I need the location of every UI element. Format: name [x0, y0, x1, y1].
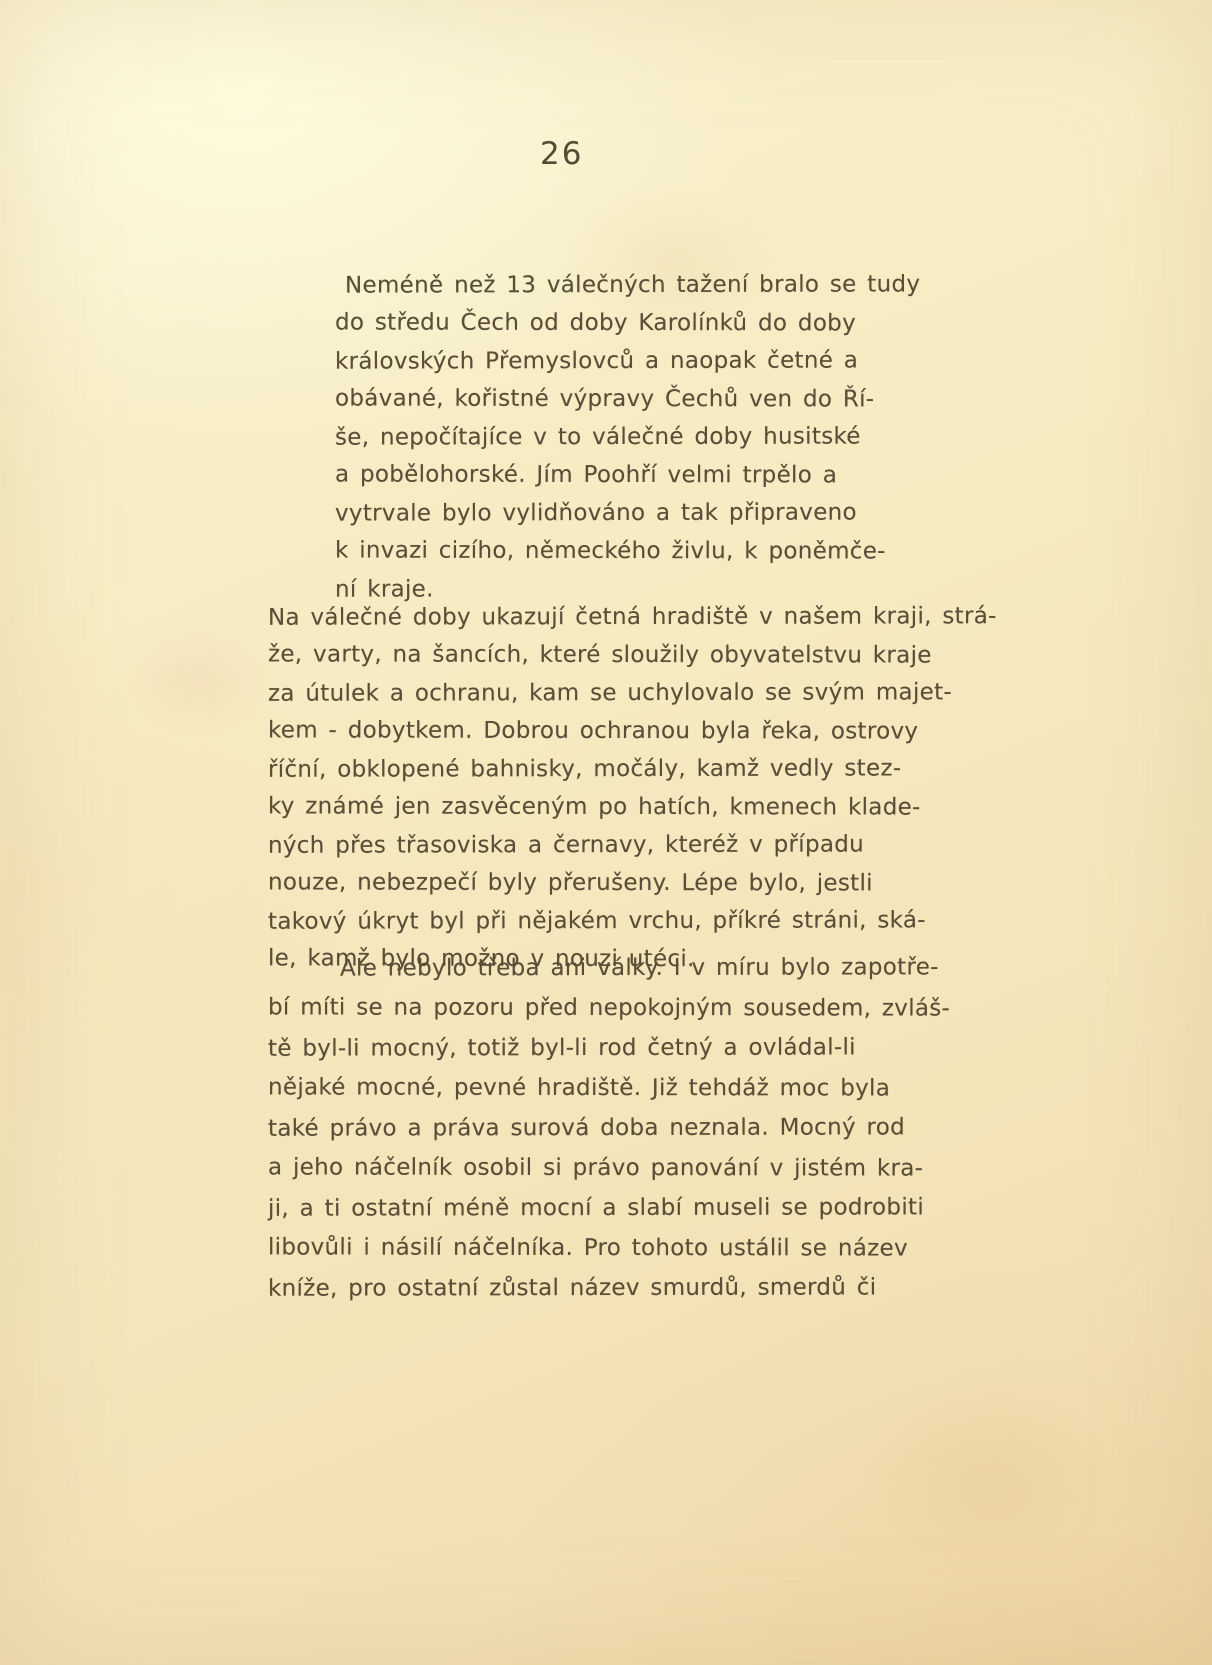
- text-line: kníže, pro ostatní zůstal název smurdů, …: [268, 1267, 950, 1308]
- text-line: obávané, kořistné výpravy Čechů ven do Ř…: [335, 379, 920, 418]
- text-line: vytrvale bylo vylidňováno a tak připrave…: [335, 493, 920, 532]
- text-line: ky známé jen zasvěceným po hatích, kmene…: [268, 787, 997, 826]
- paragraph-power-and-chieftains: Ale nebylo třeba ani války. I v míru byl…: [268, 948, 950, 1308]
- text-line: ji, a ti ostatní méně mocní a slabí muse…: [268, 1187, 950, 1228]
- text-line: že, varty, na šancích, které sloužily ob…: [268, 635, 997, 674]
- text-line: libovůli i násilí náčelníka. Pro tohoto …: [268, 1227, 950, 1268]
- page-number: 26: [540, 136, 583, 172]
- paper-stain: [120, 620, 280, 740]
- paragraph-military-campaigns: Neméně než 13 válečných tažení bralo se …: [335, 266, 920, 608]
- text-line: bí míti se na pozoru před nepokojným sou…: [268, 987, 950, 1028]
- manuscript-page: 26 Neméně než 13 válečných tažení bralo …: [0, 0, 1212, 1665]
- text-line: ných přes třasoviska a černavy, kteréž v…: [268, 825, 997, 865]
- text-line: a pobělohorské. Jím Poohří velmi trpělo …: [335, 455, 920, 494]
- text-line: še, nepočítajíce v to válečné doby husit…: [335, 417, 920, 456]
- text-line: kem - dobytkem. Dobrou ochranou byla řek…: [268, 711, 997, 750]
- text-line: za útulek a ochranu, kam se uchylovalo s…: [268, 673, 997, 713]
- text-line: nouze, nebezpečí byly přerušeny. Lépe by…: [268, 863, 997, 902]
- paper-stain: [860, 1380, 1120, 1580]
- text-line: říční, obklopené bahnisky, močály, kamž …: [268, 749, 997, 789]
- text-line: Na válečné doby ukazují četná hradiště v…: [268, 597, 997, 637]
- paragraph-hillforts-refuge: Na válečné doby ukazují četná hradiště v…: [268, 598, 997, 978]
- text-line: královských Přemyslovců a naopak četné a: [335, 341, 920, 380]
- text-line: také právo a práva surová doba neznala. …: [268, 1107, 950, 1148]
- text-line: a jeho náčelník osobil si právo panování…: [268, 1147, 950, 1188]
- text-line: Neméně než 13 válečných tažení bralo se …: [335, 265, 920, 304]
- text-line: takový úkryt byl při nějakém vrchu, přík…: [268, 901, 997, 941]
- text-line: Ale nebylo třeba ani války. I v míru byl…: [268, 947, 950, 988]
- text-line: do středu Čech od doby Karolínků do doby: [335, 303, 920, 342]
- text-line: tě byl-li mocný, totiž byl-li rod četný …: [268, 1027, 950, 1068]
- text-line: k invazi cizího, německého živlu, k poně…: [335, 531, 920, 570]
- text-line: nějaké mocné, pevné hradiště. Již tehdáž…: [268, 1067, 950, 1108]
